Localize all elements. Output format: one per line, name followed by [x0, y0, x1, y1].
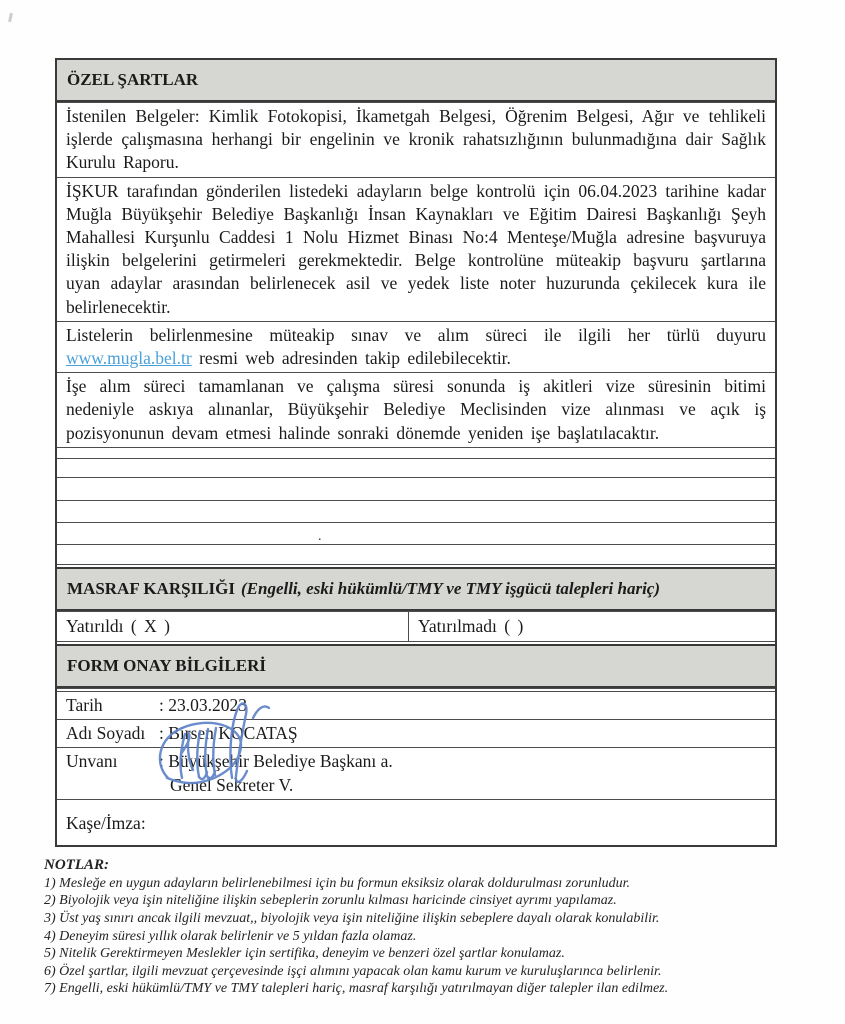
row-adi-soyadi: Adı Soyadı: Birsen KOCATAŞ: [57, 719, 775, 747]
masraf-title: MASRAF KARŞILIĞI: [67, 579, 235, 598]
notes-title: NOTLAR:: [44, 856, 816, 875]
empty-row: [57, 447, 775, 458]
empty-row: .: [57, 522, 775, 544]
empty-row: [57, 544, 775, 564]
row-kase-imza: Kaşe/İmza:: [57, 799, 775, 845]
row-unvani: Unvanı: Büyükşehir Belediye Başkanı a. G…: [57, 747, 775, 798]
kase-imza-label: Kaşe/İmza:: [66, 813, 146, 833]
paragraph-istenilen-belgeler: İstenilen Belgeler: Kimlik Fotokopisi, İ…: [57, 102, 775, 177]
note-item-6: 6) Özel şartlar, ilgili mevzuat çerçeves…: [44, 963, 816, 981]
note-item-1: 1) Mesleğe en uygun adayların belirleneb…: [44, 875, 816, 893]
deposited-cell: Yatırıldı ( X ): [57, 612, 409, 641]
tarih-label: Tarih: [66, 694, 159, 717]
section-header-ozel-sartlar: ÖZEL ŞARTLAR: [57, 60, 775, 102]
unvani-value-line2: Genel Sekreter V.: [170, 774, 766, 797]
paragraph-duyuru-listeler: Listelerin belirlenmesine müteakip sınav…: [57, 321, 775, 372]
empty-row: [57, 458, 775, 477]
note-item-5: 5) Nitelik Gerektirmeyen Meslekler için …: [44, 945, 816, 963]
adi-soyadi-value: : Birsen KOCATAŞ: [159, 723, 298, 743]
not-deposited-cell: Yatırılmadı ( ): [409, 612, 775, 641]
stray-mark: .: [66, 530, 322, 544]
duyuru-text-after: resmi web adresinden takip edilebilecekt…: [192, 348, 511, 368]
paragraph-ise-alim-sureci: İşe alım süreci tamamlanan ve çalışma sü…: [57, 372, 775, 447]
unvani-label: Unvanı: [66, 750, 159, 773]
empty-row: [57, 500, 775, 522]
website-link[interactable]: www.mugla.bel.tr: [66, 348, 192, 368]
row-tarih: Tarih: 23.03.2023: [57, 691, 775, 719]
note-item-2: 2) Biyolojik veya işin niteliğine ilişki…: [44, 892, 816, 910]
paragraph-iskur-belge-kontrolu: İŞKUR tarafından gönderilen listedeki ad…: [57, 177, 775, 321]
unvani-value: : Büyükşehir Belediye Başkanı a.: [159, 751, 393, 771]
form-onay-title: FORM ONAY BİLGİLERİ: [67, 656, 266, 675]
form-content: ÖZEL ŞARTLAR İstenilen Belgeler: Kimlik …: [0, 58, 845, 998]
scan-speck: [8, 13, 13, 22]
notes-section: NOTLAR: 1) Mesleğe en uygun adayların be…: [44, 856, 816, 998]
section-header-masraf-karsiligi: MASRAF KARŞILIĞI(Engelli, eski hükümlü/T…: [57, 567, 775, 611]
note-item-7: 7) Engelli, eski hükümlü/TMY ve TMY tale…: [44, 980, 816, 998]
note-item-4: 4) Deneyim süresi yıllık olarak belirlen…: [44, 928, 816, 946]
empty-row: [57, 477, 775, 500]
section-title: ÖZEL ŞARTLAR: [67, 70, 198, 89]
masraf-subtitle: (Engelli, eski hükümlü/TMY ve TMY işgücü…: [241, 579, 660, 598]
masraf-choice-row: Yatırıldı ( X ) Yatırılmadı ( ): [57, 611, 775, 641]
duyuru-text-before: Listelerin belirlenmesine müteakip sınav…: [66, 325, 766, 345]
adi-soyadi-label: Adı Soyadı: [66, 722, 159, 745]
tarih-value: : 23.03.2023: [159, 695, 247, 715]
section-header-form-onay: FORM ONAY BİLGİLERİ: [57, 644, 775, 688]
ozel-sartlar-table: ÖZEL ŞARTLAR İstenilen Belgeler: Kimlik …: [55, 58, 777, 847]
note-item-3: 3) Üst yaş sınırı ancak ilgili mevzuat,,…: [44, 910, 816, 928]
scanned-form-page: ÖZEL ŞARTLAR İstenilen Belgeler: Kimlik …: [0, 0, 845, 1024]
